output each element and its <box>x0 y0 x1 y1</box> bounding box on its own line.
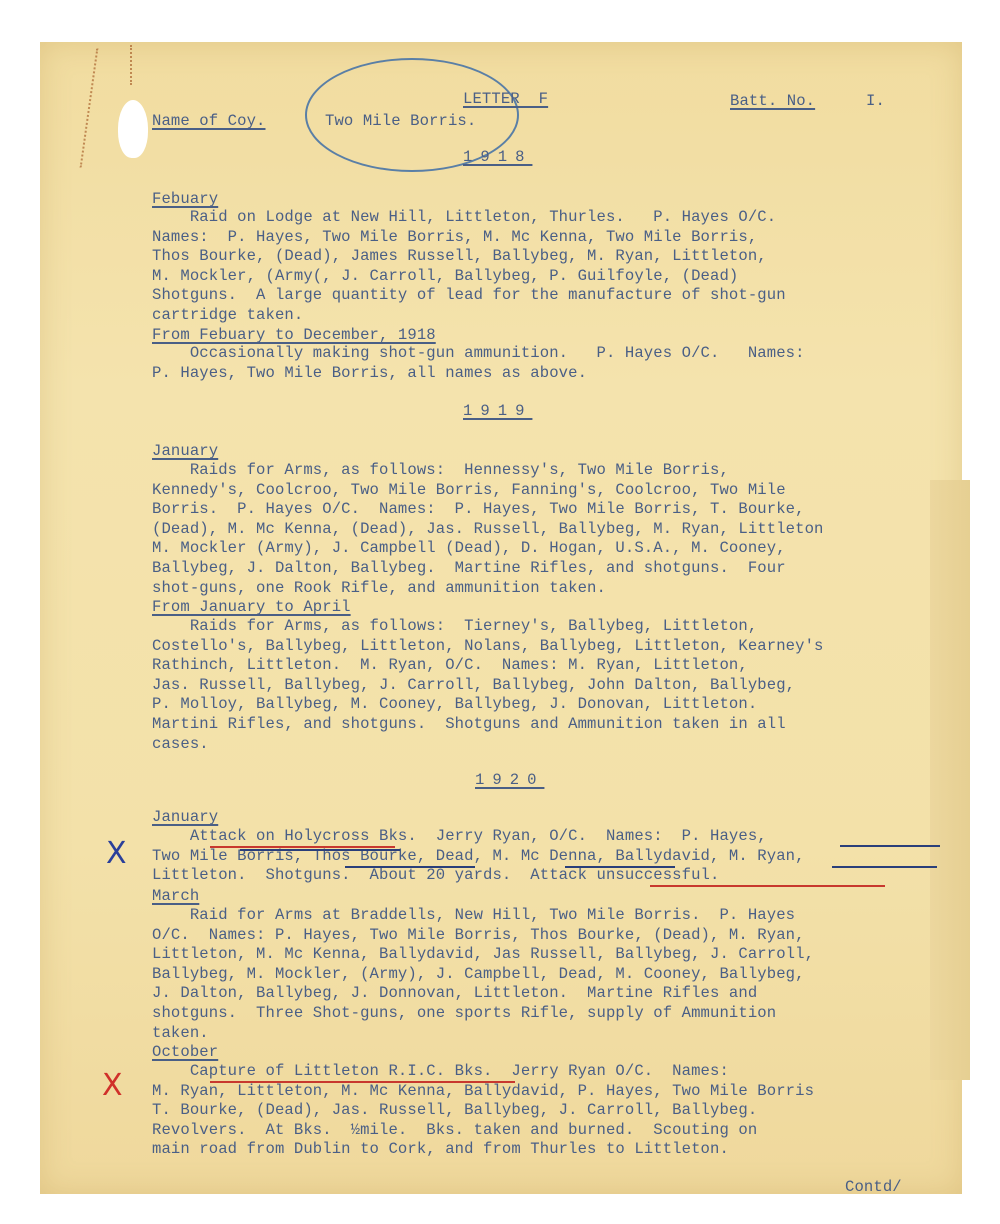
name-of-coy-label: Name of Coy. <box>152 112 266 132</box>
blue-underline <box>840 845 940 847</box>
letter-label: LETTER F <box>463 90 548 110</box>
entry-body: Occasionally making shot-gun ammunition.… <box>152 344 805 383</box>
entry-body: Raid on Lodge at New Hill, Littleton, Th… <box>152 208 786 326</box>
year-heading-1918: 1918 <box>463 148 532 168</box>
red-underline <box>210 1081 515 1083</box>
red-underline <box>650 885 885 887</box>
name-of-coy-value: Two Mile Borris. <box>325 112 476 132</box>
red-underline <box>210 846 395 848</box>
rust-stain <box>130 45 132 85</box>
entry-heading: October <box>152 1043 218 1063</box>
entry-heading: From Febuary to December, 1918 <box>152 326 436 346</box>
batt-value: I. <box>866 92 885 112</box>
blue-underline <box>240 849 400 851</box>
continued-note: Contd/ <box>845 1178 902 1198</box>
red-x-mark: X <box>102 1068 123 1103</box>
entry-body: Raids for Arms, as follows: Tierney's, B… <box>152 617 824 754</box>
entry-heading: January <box>152 442 218 462</box>
blue-x-mark: X <box>106 836 127 871</box>
entry-body: Capture of Littleton R.I.C. Bks. Jerry R… <box>152 1062 814 1160</box>
page-edge <box>930 480 970 1080</box>
blue-underline <box>345 866 475 868</box>
entry-heading: March <box>152 887 199 907</box>
entry-body: Attack on Holycross Bks. Jerry Ryan, O/C… <box>152 827 805 886</box>
entry-body: Raid for Arms at Braddells, New Hill, Tw… <box>152 906 814 1043</box>
punch-hole <box>118 100 148 158</box>
year-heading-1920: 1920 <box>475 771 544 791</box>
entry-heading: From January to April <box>152 598 351 618</box>
entry-heading: Febuary <box>152 190 218 210</box>
blue-underline <box>565 866 675 868</box>
batt-label: Batt. No. <box>730 92 815 112</box>
entry-heading: January <box>152 808 218 828</box>
year-heading-1919: 1919 <box>463 402 532 422</box>
blue-underline <box>832 866 937 868</box>
entry-body: Raids for Arms, as follows: Hennessy's, … <box>152 461 824 598</box>
